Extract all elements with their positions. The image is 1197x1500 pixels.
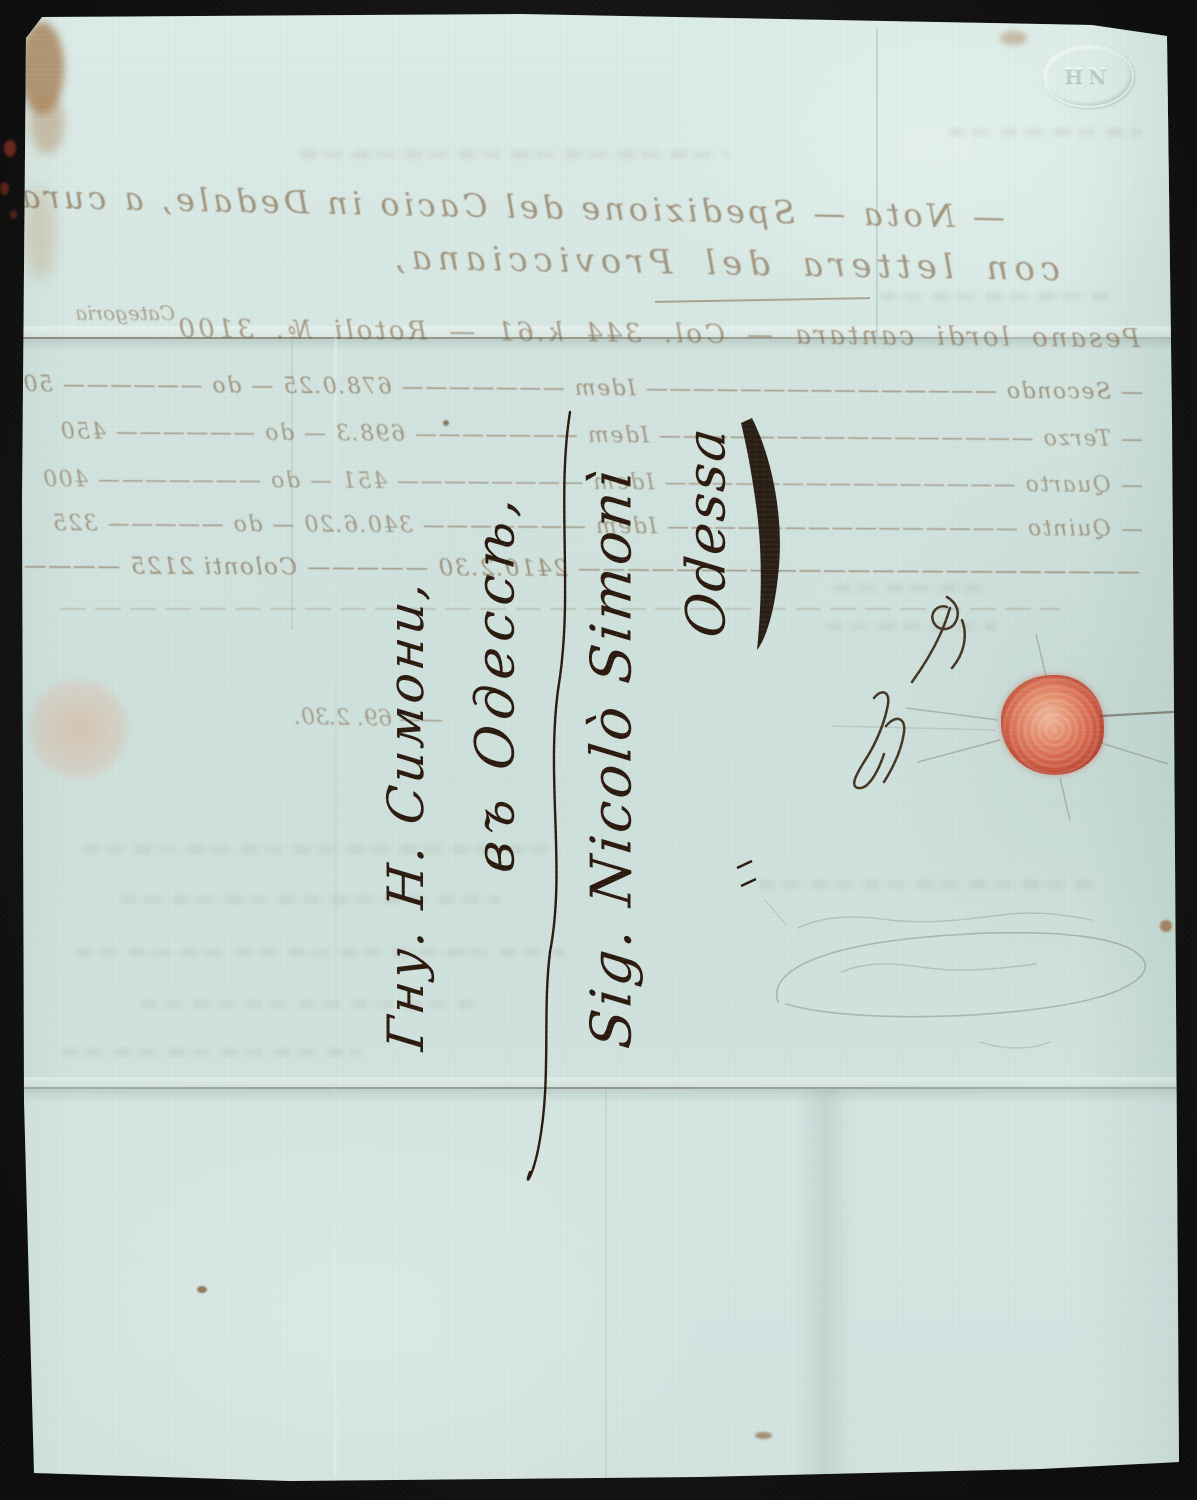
stain-top-left-faded xyxy=(24,188,56,280)
embossed-stamp-letters: HN xyxy=(1064,64,1111,88)
address-line-cyrillic-1: Гну. Н. Симони, xyxy=(377,577,435,1053)
address-city: Odessa xyxy=(675,423,738,640)
bleed-note-line-1: — Nota — Spedizione del Cacio in Dedale,… xyxy=(45,178,1006,236)
fold-panel-bottom xyxy=(0,1089,1197,1489)
crease-vertical-top xyxy=(876,28,878,338)
stain-top-edge xyxy=(1000,31,1027,45)
bleed-table-row: — Quinto ——————————————— Idem ——————— 34… xyxy=(28,511,1143,542)
bleed-table-row: — Terzo ———————————————— Idem ——————— 69… xyxy=(28,419,1143,452)
fold-panel-top xyxy=(0,0,1197,337)
fold-highlight-1 xyxy=(22,326,1172,337)
ghost-writing-streak xyxy=(140,1000,480,1009)
crease-vertical-left xyxy=(334,337,337,1477)
stain-pink-round xyxy=(28,676,130,782)
embossed-papermaker-stamp: HN xyxy=(1042,44,1134,108)
ghost-writing-streak xyxy=(948,128,1143,137)
crease-vertical-bottom xyxy=(605,1089,607,1479)
ink-docket-scribble xyxy=(854,597,965,788)
mat-red-spot xyxy=(4,140,16,157)
fox-spot xyxy=(1160,920,1172,932)
fold-shadow-1 xyxy=(22,339,1172,351)
fox-spot xyxy=(197,1286,207,1293)
mat-red-spot xyxy=(0,182,9,195)
fold-line-horizontal-2 xyxy=(22,1087,1177,1089)
ghost-writing-streak xyxy=(880,292,1110,301)
fox-spot xyxy=(755,1432,772,1439)
address-line-latin: Sig. Nicolò Simonì xyxy=(580,464,645,1051)
illegible-pencil-scribble xyxy=(765,900,1145,1048)
red-wax-seal xyxy=(1001,675,1104,775)
bleed-note-line-2: con lettera del Provicciana, xyxy=(330,237,1061,290)
address-divider-flourish xyxy=(528,412,570,1180)
ghost-writing-streak xyxy=(120,895,500,904)
bleed-leader-line xyxy=(60,608,1060,610)
address-line-cyrillic-2: въ Одессѣ, xyxy=(464,489,527,876)
ink-speck xyxy=(443,420,449,426)
seal-crease-lines xyxy=(832,634,1168,820)
letter-paper: — Nota — Spedizione del Cacio in Dedale,… xyxy=(0,0,1197,1500)
ghost-writing-streak xyxy=(300,150,730,159)
ghost-writing-streak xyxy=(834,584,989,593)
crease-vertical-left-upper xyxy=(291,340,293,630)
bleed-table-row: ——————————————————————— 2410.2.30 ————— … xyxy=(25,553,1140,585)
double-tick-mark xyxy=(737,861,756,886)
bleed-fragment: —— 69. 2.30. xyxy=(268,704,443,732)
ghost-writing-streak xyxy=(82,845,552,854)
fold-highlight-2 xyxy=(22,1077,1177,1087)
bleed-heading-main: Pesano lordi cantara — Col. 344 k.61 — R… xyxy=(165,314,1140,354)
ghost-writing-streak xyxy=(758,880,1093,889)
bleed-heading-categoria: Categoria xyxy=(55,301,175,325)
ghost-writing-streak xyxy=(76,948,566,957)
ghost-writing-streak xyxy=(826,622,996,631)
bleed-table-row: — Quarto ——————————————— Idem ———————— 4… xyxy=(28,467,1143,498)
mat-red-spot xyxy=(10,210,17,219)
bleed-table-row: — Secondo ——————————————— Idem ——————— 6… xyxy=(28,372,1143,405)
fold-line-horizontal-1 xyxy=(22,337,1172,339)
bleed-underline-dash xyxy=(655,297,870,303)
fold-shadow-2 xyxy=(22,1089,1177,1103)
letter-scan: — Nota — Spedizione del Cacio in Dedale,… xyxy=(0,0,1197,1500)
odessa-underline-swash xyxy=(741,418,780,650)
ghost-writing-streak xyxy=(62,1048,362,1057)
stain-top-left xyxy=(30,92,64,154)
crease-shadow-band xyxy=(795,1089,855,1484)
